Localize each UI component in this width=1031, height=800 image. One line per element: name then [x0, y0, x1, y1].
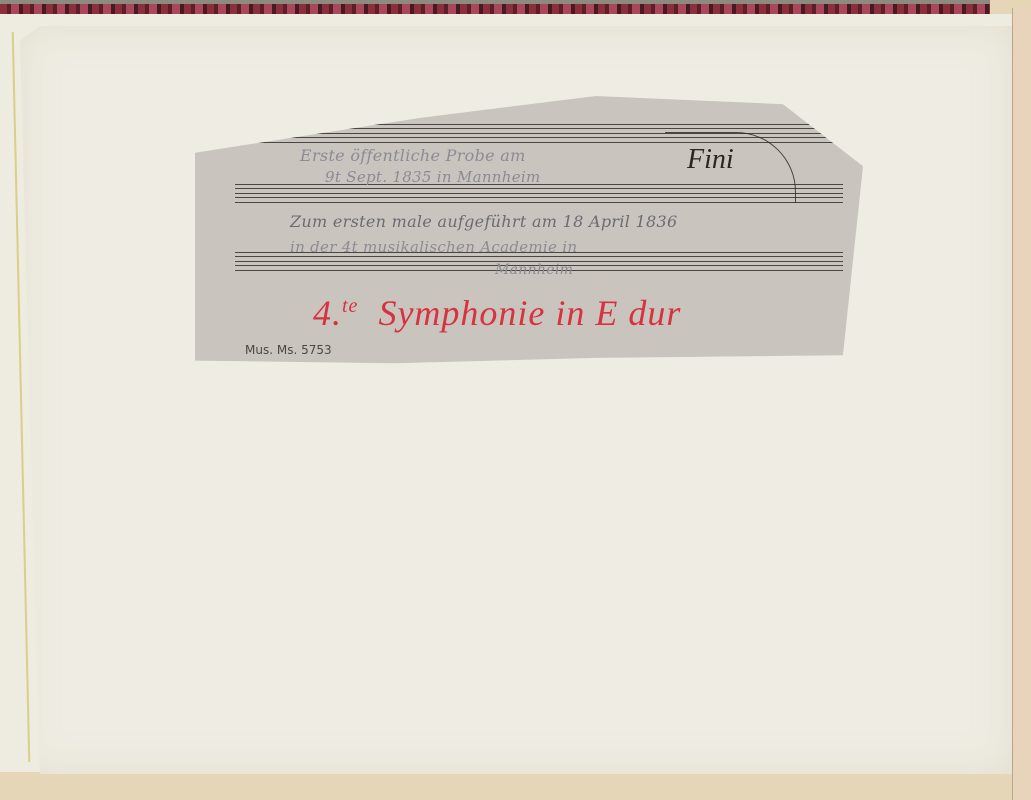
ordinal-suffix: te: [342, 295, 358, 317]
symphony-title-text: Symphonie in E dur: [378, 293, 681, 333]
symphony-title: 4.te Symphonie in E dur: [313, 292, 681, 334]
shelfmark: Mus. Ms. 5753: [245, 343, 332, 357]
binding-strip: [0, 0, 990, 4]
pencil-note-line-2: 9t Sept. 1835 in Mannheim: [325, 168, 541, 186]
symphony-number: 4.: [313, 293, 342, 333]
pencil-note-line-5: Mannheim: [495, 262, 573, 278]
fini-marking: Fini: [687, 144, 734, 176]
pencil-note-line-4: in der 4t musikalischen Academie in: [290, 238, 577, 256]
right-page-edge: [1012, 8, 1031, 800]
pencil-note-line-1: Erste öffentliche Probe am: [300, 146, 526, 165]
pencil-note-line-3: Zum ersten male aufgeführt am 18 April 1…: [290, 212, 677, 231]
